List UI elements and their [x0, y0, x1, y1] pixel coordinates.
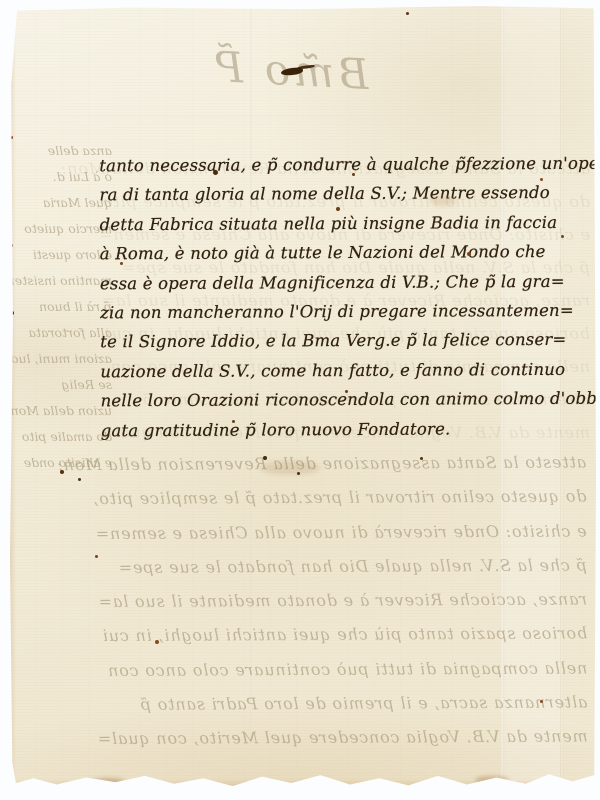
fox-spot	[352, 173, 355, 176]
showthrough-line: borioso spazio tanto più che quei antich…	[15, 617, 587, 654]
fox-spot	[420, 457, 423, 460]
fox-spot	[10, 311, 14, 315]
showthrough-fragment: e loro questi	[10, 242, 112, 268]
showthrough-fragment: quel Maria	[10, 190, 112, 216]
verso-showthrough-body: attesto la Santa assegnazione della Reve…	[14, 446, 588, 758]
text-line: ra di tanta gloria al nome della S.V.; M…	[99, 178, 591, 210]
deckle-edge	[10, 779, 596, 794]
showthrough-line: mente da V.B. Voglia concedere quel Meri…	[16, 720, 588, 757]
fox-spot	[10, 244, 13, 247]
fox-spot	[78, 478, 81, 481]
showthrough-line: alternanza sacra, e il premio de loro Pa…	[15, 686, 587, 723]
showthrough-fragment: uzion della Mon:	[10, 398, 112, 424]
verso-showthrough-left-margin: anza delleò à Lui d.quel Mariamercio qui…	[10, 138, 112, 476]
text-line: nelle loro Orazioni riconoscendola con a…	[100, 384, 592, 416]
text-line: gata gratitudine p̃ loro nuovo Fondatore…	[101, 413, 593, 445]
showthrough-line: do questo celino ritrovar il prez.tato p…	[14, 480, 586, 517]
showthrough-fragment: ò à Lui d.	[10, 164, 112, 190]
edge-stain	[475, 776, 509, 785]
paper: Bm̃o P̃ attesto la Santa assegnazione de…	[10, 6, 596, 794]
showthrough-fragment: alla fortorata	[10, 320, 112, 346]
fox-spot	[406, 12, 409, 15]
text-line: te il Signore Iddio, e la Bma Verg.e p̃ …	[100, 325, 592, 357]
showthrough-fragment: do amalie pito	[10, 424, 112, 450]
showthrough-fragment: se Relig	[10, 372, 112, 398]
manuscript-text: tanto necessaria, e p̃ condurre à qualch…	[99, 149, 593, 446]
fox-spot	[540, 700, 543, 703]
fox-spot	[232, 420, 235, 423]
fox-spot	[336, 207, 340, 211]
showthrough-line: p̃ che la S.V. nella quale Dio han fonda…	[15, 548, 587, 585]
showthrough-line: ranze, accioche Ricever à e donato media…	[15, 583, 587, 620]
fox-spot	[213, 170, 218, 175]
showthrough-fragment: mercio quieto	[10, 216, 112, 242]
showthrough-fragment: anza delle	[10, 138, 112, 164]
showthrough-line: nella compagnia di tutti può continuare …	[15, 651, 587, 688]
fox-spot	[263, 456, 267, 460]
text-line: detta Fabrica situata nella più insigne …	[100, 208, 592, 240]
fox-spot	[95, 555, 98, 558]
foxing-patch	[260, 461, 320, 475]
edge-stain	[90, 778, 126, 787]
fox-spot	[155, 640, 159, 644]
fox-spot	[120, 262, 123, 265]
fox-spot	[60, 470, 64, 474]
fox-spot	[345, 390, 348, 393]
showthrough-fragment: mantino insistem:	[10, 268, 112, 294]
foxing-patch	[430, 196, 456, 206]
text-line: à Roma, è noto già à tutte le Nazioni de…	[100, 237, 592, 269]
showthrough-fragment: p̃ rà il buon	[10, 294, 112, 320]
edge-stain	[295, 782, 335, 790]
showthrough-line: e chisito: Onde riceverà di nuovo alla C…	[15, 514, 587, 551]
text-line: tanto necessaria, e p̃ condurre à qualch…	[99, 149, 591, 181]
fox-spot	[561, 235, 564, 238]
scanner-background: Bm̃o P̃ attesto la Santa assegnazione de…	[0, 0, 600, 800]
fox-spot	[10, 46, 14, 50]
showthrough-fragment: azioni muni, luod:	[10, 346, 112, 372]
text-line: uazione della S.V., come han fatto, e fa…	[100, 355, 592, 387]
fox-spot	[467, 252, 471, 256]
fox-spot	[540, 178, 543, 181]
text-line: essa è opera della Magnificenza di V.B.;…	[100, 266, 592, 298]
fox-spot	[10, 136, 13, 139]
text-line: zia non mancheranno l'Orij di pregare in…	[100, 296, 592, 328]
